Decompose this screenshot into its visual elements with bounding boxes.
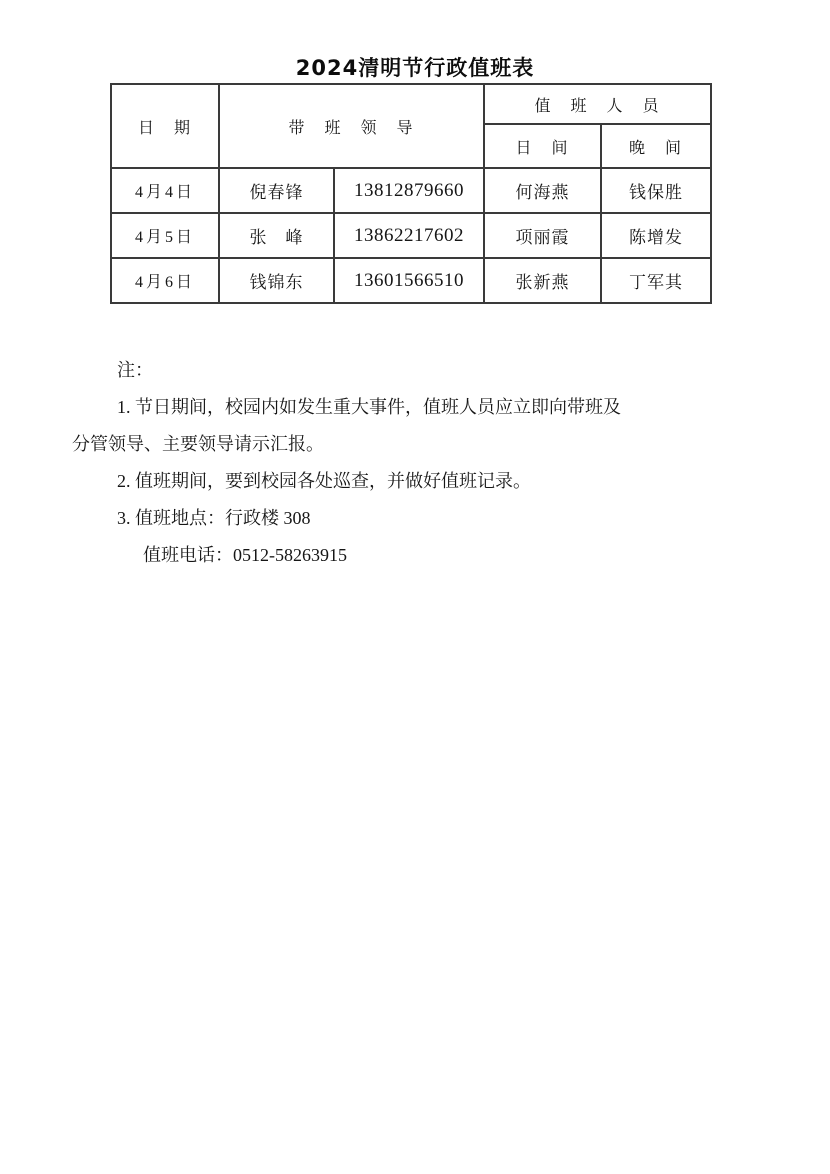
table-row: 4月4日 倪春锋 13812879660 何海燕 钱保胜 <box>111 168 711 213</box>
header-night: 晚 间 <box>601 124 711 168</box>
leader-name-cell: 钱锦东 <box>219 258 334 303</box>
date-cell: 4月5日 <box>111 213 219 258</box>
date-cell: 4月4日 <box>111 168 219 213</box>
table-row: 4月6日 钱锦东 13601566510 张新燕 丁军其 <box>111 258 711 303</box>
night-person-cell: 钱保胜 <box>601 168 711 213</box>
leader-phone-cell: 13601566510 <box>334 258 484 303</box>
note-1-line-2: 分管领导、主要领导请示汇报。 <box>72 426 732 463</box>
day-person-cell: 何海燕 <box>484 168 601 213</box>
date-cell: 4月6日 <box>111 258 219 303</box>
duty-schedule-table: 日 期 带 班 领 导 值 班 人 员 日 间 晚 间 4月4日 倪春锋 138… <box>110 83 712 304</box>
night-person-cell: 陈增发 <box>601 213 711 258</box>
night-person-cell: 丁军其 <box>601 258 711 303</box>
note-1-line-1: 1. 节日期间，校园内如发生重大事件，值班人员应立即向带班及 <box>72 389 732 426</box>
leader-phone-cell: 13862217602 <box>334 213 484 258</box>
header-duty-personnel: 值 班 人 员 <box>484 84 711 124</box>
header-date: 日 期 <box>111 84 219 168</box>
header-daytime: 日 间 <box>484 124 601 168</box>
note-3: 3. 值班地点：行政楼 308 <box>72 500 732 537</box>
note-3-phone: 值班电话：0512-58263915 <box>72 537 732 574</box>
leader-phone-cell: 13812879660 <box>334 168 484 213</box>
leader-name-cell: 倪春锋 <box>219 168 334 213</box>
leader-name-cell: 张 峰 <box>219 213 334 258</box>
day-person-cell: 张新燕 <box>484 258 601 303</box>
document-page: 2024清明节行政值班表 日 期 带 班 领 导 值 班 人 员 日 间 晚 间… <box>0 0 830 1174</box>
note-2: 2. 值班期间，要到校园各处巡查，并做好值班记录。 <box>72 463 732 500</box>
table-row: 4月5日 张 峰 13862217602 项丽霞 陈增发 <box>111 213 711 258</box>
page-title: 2024清明节行政值班表 <box>0 52 830 82</box>
notes-section: 注： 1. 节日期间，校园内如发生重大事件，值班人员应立即向带班及 分管领导、主… <box>72 352 732 574</box>
notes-label: 注： <box>72 352 732 389</box>
header-row-1: 日 期 带 班 领 导 值 班 人 员 <box>111 84 711 124</box>
day-person-cell: 项丽霞 <box>484 213 601 258</box>
header-leader: 带 班 领 导 <box>219 84 484 168</box>
